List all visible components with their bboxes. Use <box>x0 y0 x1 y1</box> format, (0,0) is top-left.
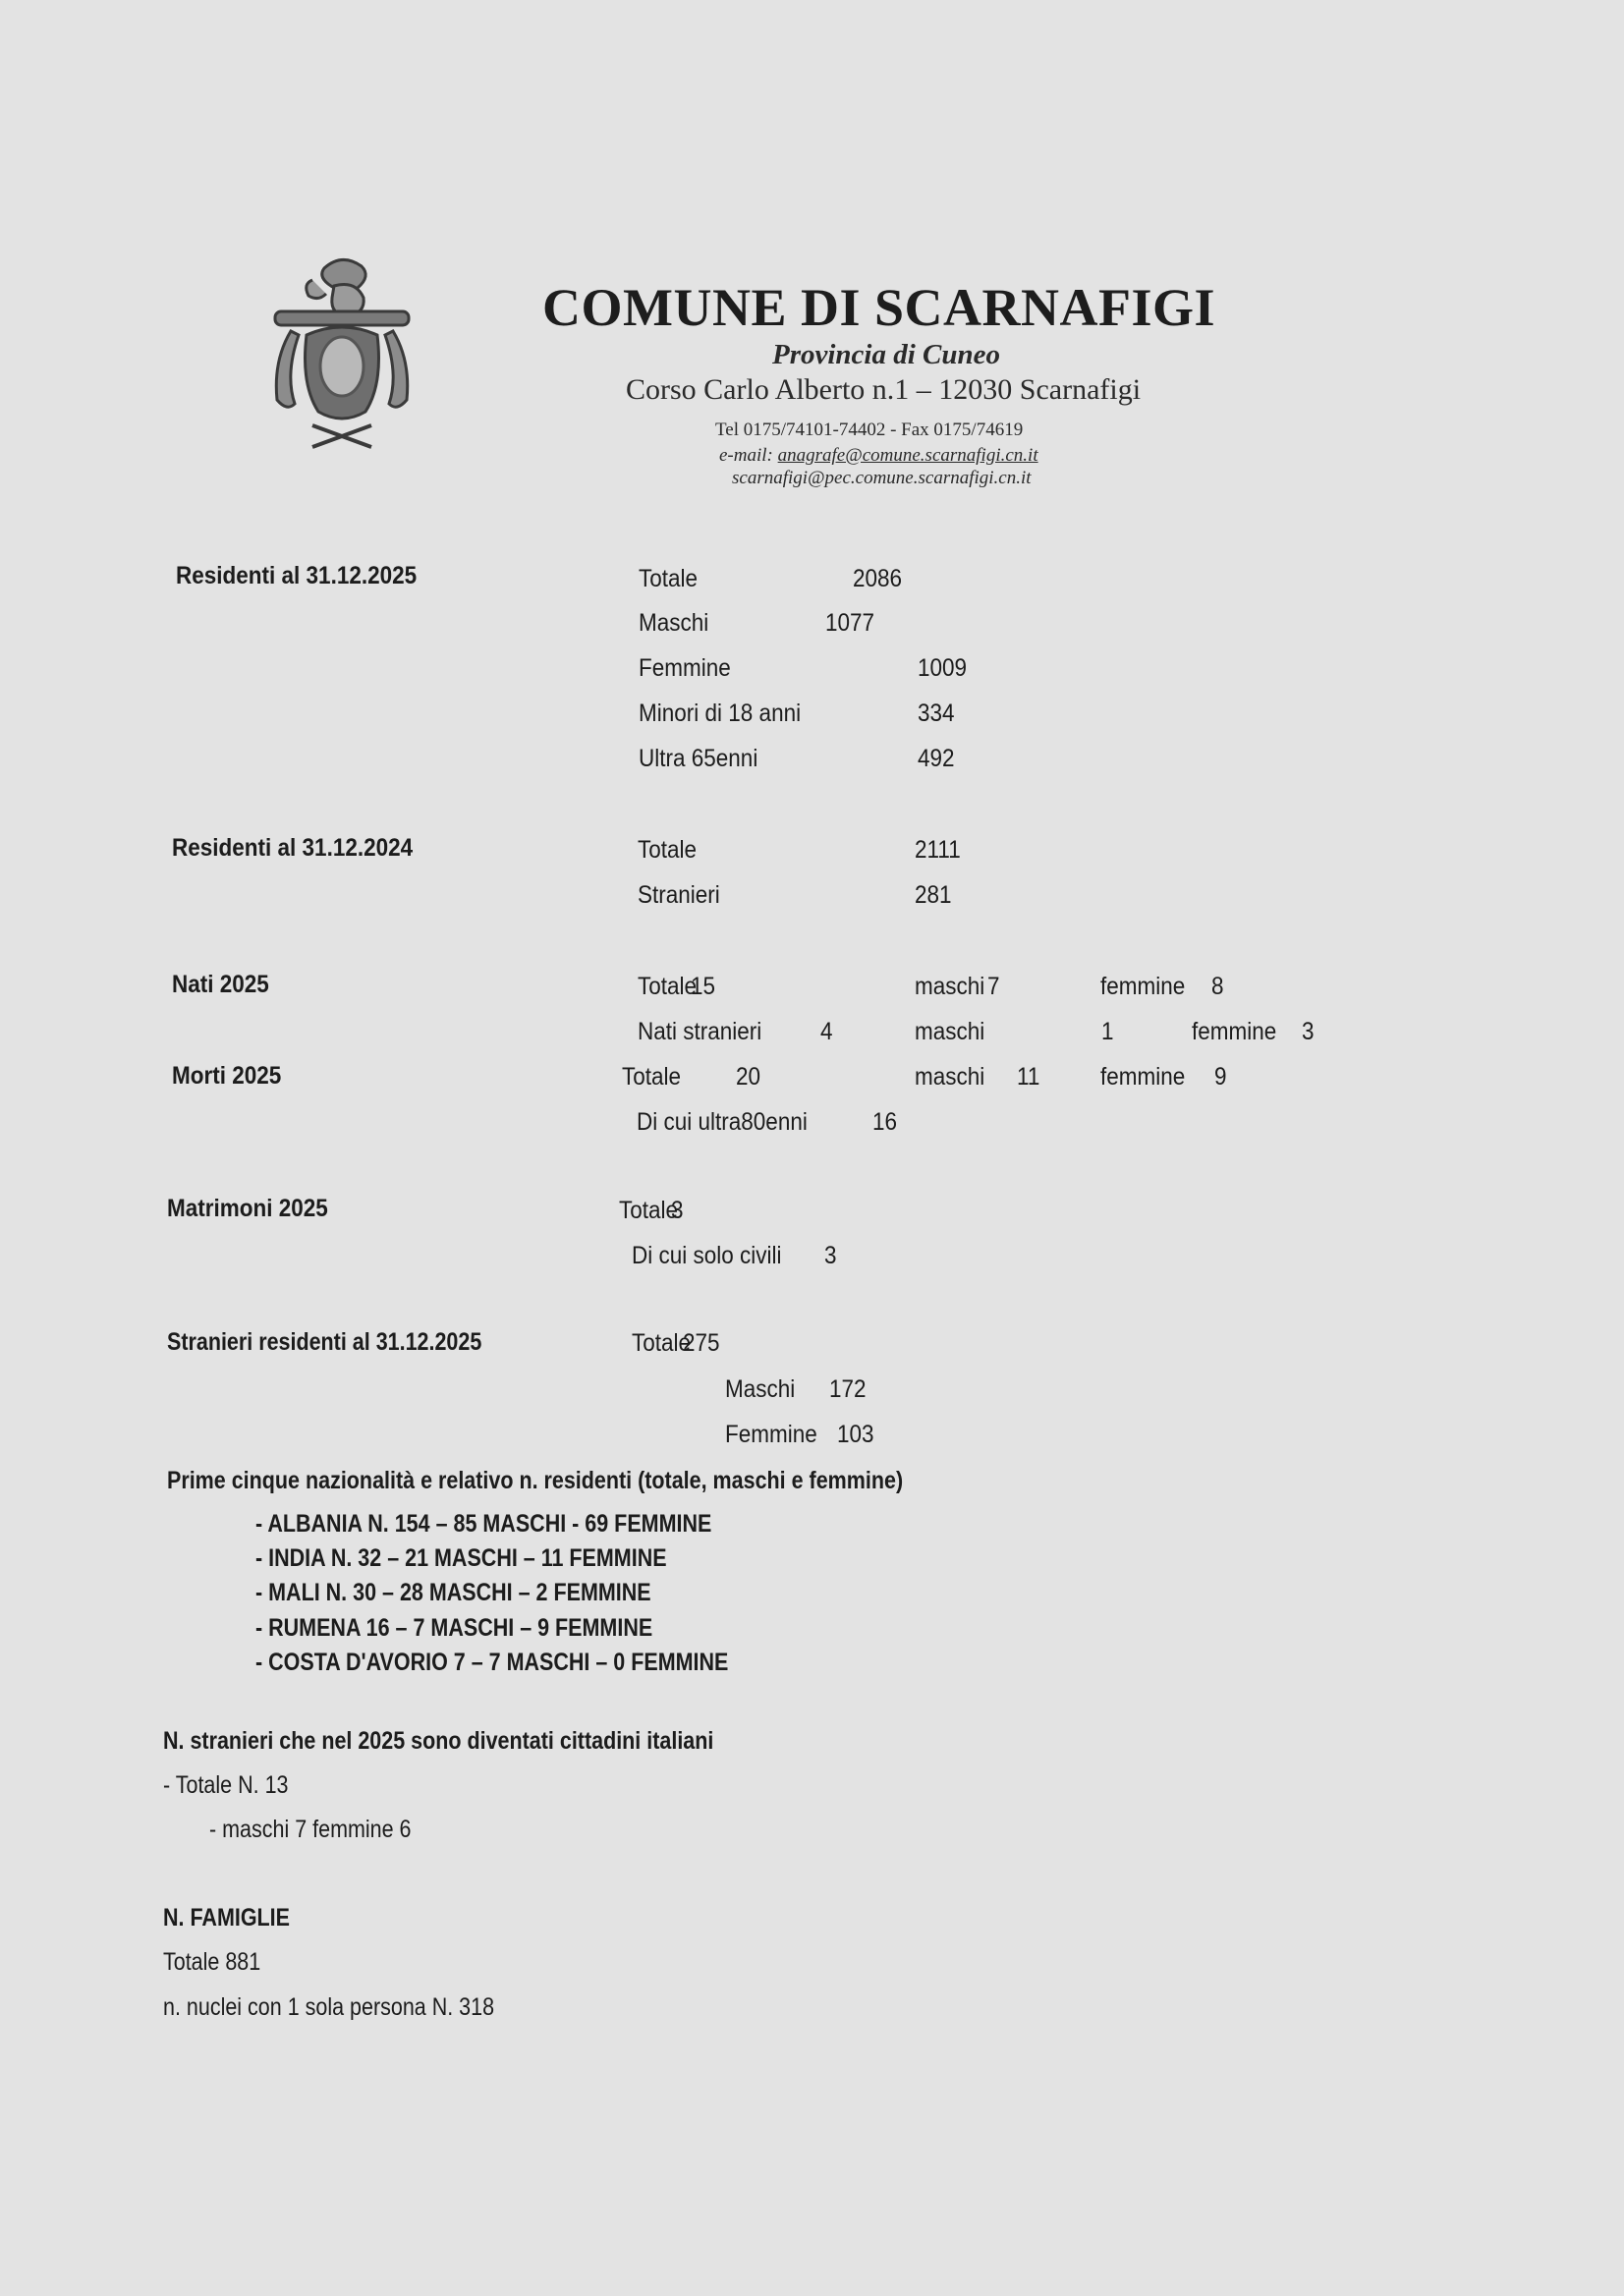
stat-value: 2111 <box>915 836 961 865</box>
stat-value: 3 <box>824 1242 837 1270</box>
stat-value: 3 <box>671 1197 684 1225</box>
nationality-item: - INDIA N. 32 – 21 MASCHI – 11 FEMMINE <box>255 1544 667 1573</box>
stat-label: Stranieri <box>638 881 720 910</box>
citizenship-breakdown: - maschi 7 femmine 6 <box>209 1816 412 1844</box>
stat-label: Totale <box>622 1063 681 1092</box>
stat-label: Femmine <box>639 654 731 683</box>
families-total: Totale 881 <box>163 1948 260 1977</box>
stat-value: 16 <box>872 1108 897 1137</box>
coat-of-arms-icon <box>263 251 420 457</box>
stat-value: 281 <box>915 881 952 910</box>
stat-label: maschi <box>915 973 984 1001</box>
section-label-births: Nati 2025 <box>172 971 269 999</box>
document-page: COMUNE DI SCARNAFIGI Provincia di Cuneo … <box>0 0 1624 2296</box>
stat-value: 1009 <box>918 654 967 683</box>
stat-value: 15 <box>691 973 715 1001</box>
stat-value: 9 <box>1214 1063 1227 1092</box>
stat-value: 1077 <box>825 609 874 638</box>
stat-value: 334 <box>918 700 955 728</box>
families-heading: N. FAMIGLIE <box>163 1904 290 1932</box>
stat-label: Ultra 65enni <box>639 745 757 773</box>
stat-label: Totale <box>619 1197 678 1225</box>
stat-value: 275 <box>683 1329 720 1358</box>
pec-email: scarnafigi@pec.comune.scarnafigi.cn.it <box>732 468 1032 489</box>
email-line: e-mail: anagrafe@comune.scarnafigi.cn.it <box>719 445 1038 467</box>
stat-label: Di cui ultra80enni <box>637 1108 808 1137</box>
stat-value: 4 <box>820 1018 833 1046</box>
section-label-residents-2024: Residenti al 31.12.2024 <box>172 834 413 863</box>
stat-value: 8 <box>1211 973 1224 1001</box>
stat-label: Totale <box>639 565 698 593</box>
nationalities-heading: Prime cinque nazionalità e relativo n. r… <box>167 1467 903 1495</box>
citizenship-heading: N. stranieri che nel 2025 sono diventati… <box>163 1727 713 1756</box>
section-label-residents-2025: Residenti al 31.12.2025 <box>176 562 417 590</box>
section-label-foreign-residents: Stranieri residenti al 31.12.2025 <box>167 1328 481 1357</box>
nationality-item: - RUMENA 16 – 7 MASCHI – 9 FEMMINE <box>255 1614 652 1643</box>
stat-label: Totale <box>638 836 697 865</box>
province-name: Provincia di Cuneo <box>772 339 1000 371</box>
stat-value: 1 <box>1101 1018 1114 1046</box>
stat-value: 3 <box>1302 1018 1315 1046</box>
stat-label: Femmine <box>725 1421 817 1449</box>
stat-label: Totale <box>638 973 697 1001</box>
stat-label: Nati stranieri <box>638 1018 761 1046</box>
address: Corso Carlo Alberto n.1 – 12030 Scarnafi… <box>626 373 1141 407</box>
stat-label: femmine <box>1192 1018 1276 1046</box>
section-label-marriages: Matrimoni 2025 <box>167 1195 328 1223</box>
stat-label: Maschi <box>725 1375 795 1404</box>
phone-fax: Tel 0175/74101-74402 - Fax 0175/74619 <box>715 420 1023 441</box>
stat-label: maschi <box>915 1018 984 1046</box>
nationality-item: - COSTA D'AVORIO 7 – 7 MASCHI – 0 FEMMIN… <box>255 1649 728 1677</box>
stat-value: 7 <box>987 973 1000 1001</box>
stat-value: 11 <box>1017 1063 1039 1092</box>
email-link[interactable]: anagrafe@comune.scarnafigi.cn.it <box>778 445 1038 466</box>
citizenship-total: - Totale N. 13 <box>163 1771 288 1800</box>
single-person-households: n. nuclei con 1 sola persona N. 318 <box>163 1993 494 2022</box>
nationality-item: - MALI N. 30 – 28 MASCHI – 2 FEMMINE <box>255 1579 651 1607</box>
municipality-title: COMUNE DI SCARNAFIGI <box>542 277 1215 338</box>
stat-label: Maschi <box>639 609 708 638</box>
stat-label: femmine <box>1100 1063 1185 1092</box>
stat-label: femmine <box>1100 973 1185 1001</box>
nationality-item: - ALBANIA N. 154 – 85 MASCHI - 69 FEMMIN… <box>255 1510 711 1539</box>
stat-value: 20 <box>736 1063 760 1092</box>
stat-label: Minori di 18 anni <box>639 700 801 728</box>
section-label-deaths: Morti 2025 <box>172 1062 281 1091</box>
stat-label: Di cui solo civili <box>632 1242 782 1270</box>
email-label: e-mail: <box>719 445 778 466</box>
stat-value: 492 <box>918 745 955 773</box>
stat-label: maschi <box>915 1063 984 1092</box>
stat-value: 172 <box>829 1375 867 1404</box>
stat-value: 2086 <box>853 565 902 593</box>
stat-value: 103 <box>837 1421 874 1449</box>
